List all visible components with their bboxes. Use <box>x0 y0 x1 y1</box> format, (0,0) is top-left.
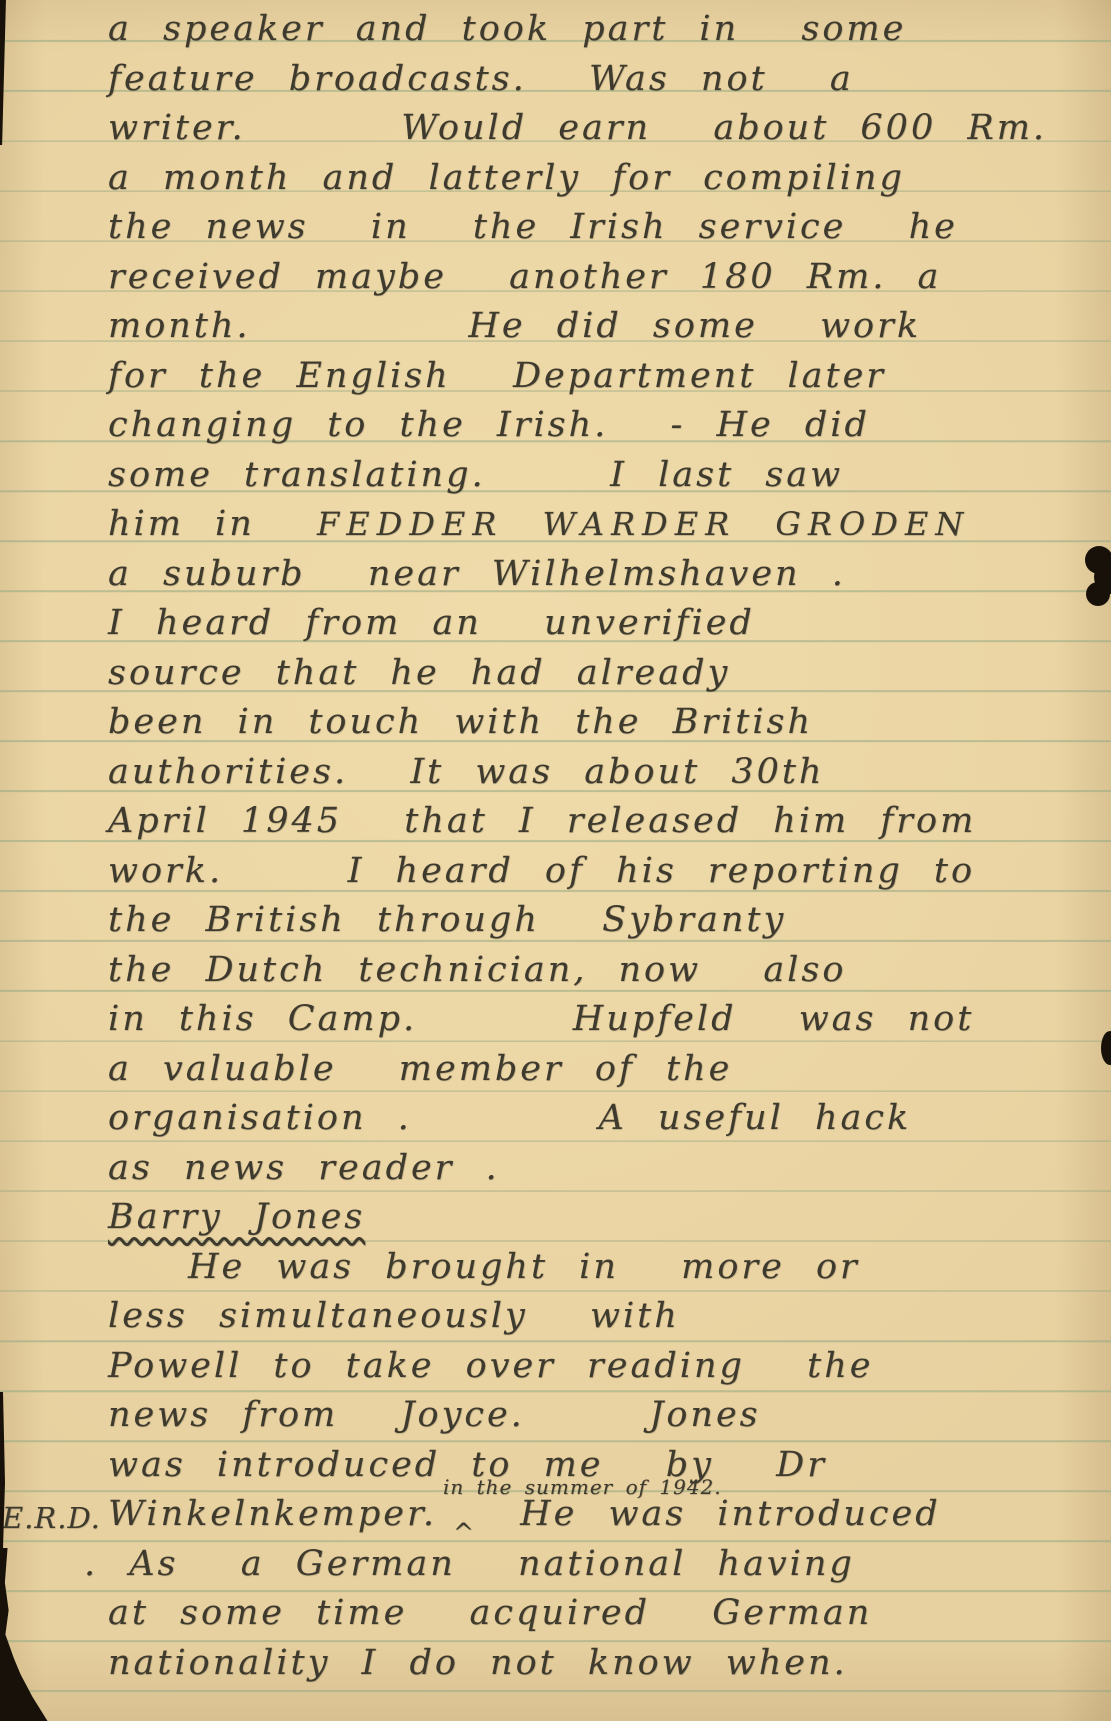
handwritten-line: work. I heard of his reporting to <box>108 848 1111 898</box>
handwriting-segment: a speaker and took part in some <box>108 9 906 49</box>
handwriting-segment: He was introduced <box>489 1494 941 1534</box>
handwriting-segment: the Dutch technician, now also <box>108 950 846 990</box>
handwriting-segment: the British through Sybranty <box>108 900 786 940</box>
handwritten-line: been in touch with the British <box>108 699 1111 749</box>
handwritten-line: as news reader . <box>108 1145 1111 1195</box>
handwritten-line: him in FEDDER WARDER GRODEN <box>108 501 1111 551</box>
handwritten-line: source that he had already <box>108 650 1111 700</box>
handwritten-line: authorities. It was about 30th <box>108 749 1111 799</box>
handwritten-line: feature broadcasts. Was not a <box>108 56 1111 106</box>
handwritten-line: I heard from an unverified <box>108 600 1111 650</box>
handwriting-segment: in this Camp. Hupfeld was not <box>108 999 974 1039</box>
handwriting-segment: feature broadcasts. Was not a <box>108 59 854 99</box>
handwritten-line: at some time acquired German <box>108 1590 1111 1640</box>
handwritten-line: E.R.D.Winkelnkemper.^ He was introduced <box>108 1491 1111 1541</box>
handwritten-line: received maybe another 180 Rm. a <box>108 254 1111 304</box>
handwritten-line: April 1945 that I released him from <box>108 798 1111 848</box>
handwriting-segment: writer. Would earn about 600 Rm. <box>108 108 1047 148</box>
handwritten-line: organisation . A useful hack <box>108 1095 1111 1145</box>
handwriting-segment: April 1945 that I released him from <box>108 801 976 841</box>
handwriting-segment: He was brought in more or <box>188 1247 860 1287</box>
handwriting-segment: received maybe another 180 Rm. a <box>108 257 941 297</box>
handwriting-segment: source that he had already <box>108 653 730 693</box>
handwritten-line: . As a German national having <box>108 1541 1111 1591</box>
handwriting-segment: as news reader . <box>108 1148 500 1188</box>
handwriting-segment: less simultaneously with <box>108 1296 680 1336</box>
handwriting-segment: a suburb near Wilhelmshaven . <box>108 554 846 594</box>
handwritten-line: a speaker and took part in some <box>108 6 1111 56</box>
handwritten-line: in this Camp. Hupfeld was not <box>108 996 1111 1046</box>
handwritten-line: less simultaneously with <box>108 1293 1111 1343</box>
handwriting-segment: Winkelnkemper. <box>108 1494 437 1534</box>
handwriting-segment: work. I heard of his reporting to <box>108 851 975 891</box>
handwritten-line: changing to the Irish. - He did <box>108 402 1111 452</box>
handwritten-line: news from Joyce. Jones <box>108 1392 1111 1442</box>
handwriting-segment: him in <box>108 504 317 544</box>
handwritten-line: a month and latterly for compiling <box>108 155 1111 205</box>
place-name-caps: FEDDER WARDER GRODEN <box>317 505 970 543</box>
handwriting-segment: been in touch with the British <box>108 702 813 742</box>
handwriting-segment: nationality I do not know when. <box>108 1643 848 1683</box>
handwriting-segment: a valuable member of the <box>108 1049 732 1089</box>
handwritten-line: the British through Sybranty <box>108 897 1111 947</box>
handwriting-segment: organisation . A useful hack <box>108 1098 911 1138</box>
handwritten-line: writer. Would earn about 600 Rm. <box>108 105 1111 155</box>
handwritten-line: some translating. I last saw <box>108 452 1111 502</box>
handwritten-line: month. He did some work <box>108 303 1111 353</box>
handwritten-line: He was brought in more or <box>108 1244 1111 1294</box>
handwriting-segment: some translating. I last saw <box>108 455 843 495</box>
handwritten-line: a suburb near Wilhelmshaven . <box>108 551 1111 601</box>
handwritten-line: the Dutch technician, now also <box>108 947 1111 997</box>
handwriting-segment: Powell to take over reading the <box>108 1346 873 1386</box>
handwritten-line: a valuable member of the <box>108 1046 1111 1096</box>
handwriting-segment: authorities. It was about 30th <box>108 752 824 792</box>
handwritten-line: for the English Department later <box>108 353 1111 403</box>
text-block: a speaker and took part in somefeature b… <box>108 6 1111 1689</box>
handwriting-segment: the news in the Irish service he <box>108 207 958 247</box>
hole-lobe <box>1086 582 1110 606</box>
handwriting-segment: month. He did some work <box>108 306 921 346</box>
handwriting-segment: at some time acquired German <box>108 1593 872 1633</box>
handwriting-segment: news from Joyce. Jones <box>108 1395 761 1435</box>
handwriting-segment: for the English Department later <box>108 356 886 396</box>
handwriting-segment: Barry Jones <box>108 1197 365 1237</box>
handwritten-line: nationality I do not know when. <box>108 1640 1111 1690</box>
handwriting-segment: I heard from an unverified <box>108 603 755 643</box>
section-heading: Barry Jones <box>108 1194 1111 1244</box>
margin-note: E.R.D. <box>2 1495 101 1541</box>
scanned-handwritten-page: { "page": { "kind": "handwritten note, a… <box>0 0 1111 1721</box>
handwriting-segment: a month and latterly for compiling <box>108 158 905 198</box>
handwritten-line: the news in the Irish service he <box>108 204 1111 254</box>
handwritten-line: Powell to take over reading the <box>108 1343 1111 1393</box>
handwriting-segment: changing to the Irish. - He did <box>108 405 870 445</box>
handwriting-segment: . As a German national having <box>84 1544 855 1584</box>
